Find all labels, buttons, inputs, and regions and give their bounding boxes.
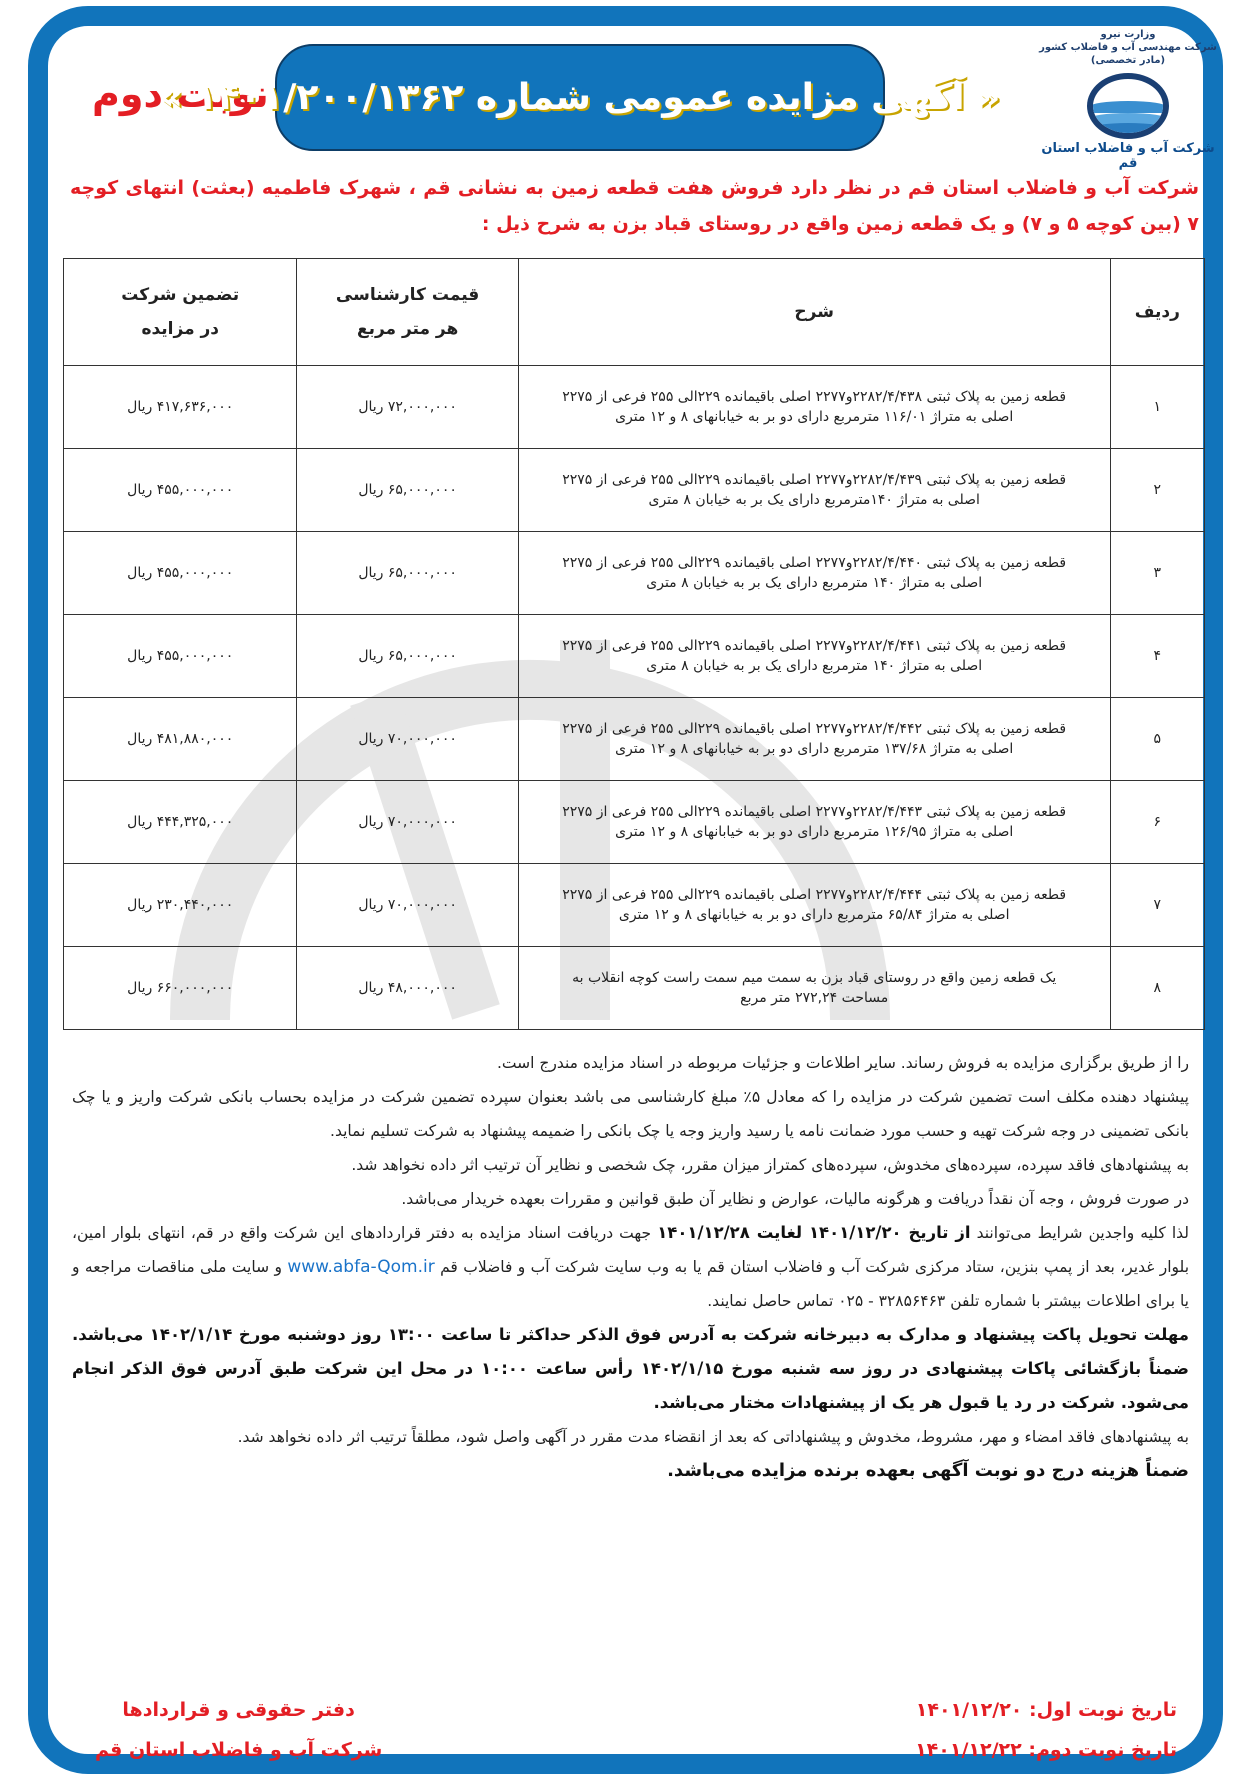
header-row-number: ردیف <box>1110 259 1204 366</box>
row-guarantee: ۴۵۵,۰۰۰,۰۰۰ ریال <box>64 449 297 532</box>
row-description: قطعه زمین به پلاک ثبتی ۲۲۸۲/۴/۴۴۴و۲۲۷۷ ا… <box>518 864 1110 947</box>
row-price: ۷۲,۰۰۰,۰۰۰ ریال <box>297 366 518 449</box>
logo-company-name: شرکت آب و فاضلاب استان قم <box>1038 141 1218 171</box>
first-round-date: تاریخ نوبت اول: ۱۴۰۱/۱۲/۲۰ <box>915 1690 1177 1730</box>
paragraph-ad-cost: ضمناً هزینه درج دو نوبت آگهی بعهده برنده… <box>72 1454 1189 1488</box>
row-description: یک قطعه زمین واقع در روستای قباد بزن به … <box>518 947 1110 1030</box>
second-round-date: تاریخ نوبت دوم: ۱۴۰۱/۱۲/۲۲ <box>915 1730 1177 1770</box>
row-guarantee: ۴۵۵,۰۰۰,۰۰۰ ریال <box>64 532 297 615</box>
row-description: قطعه زمین به پلاک ثبتی ۲۲۸۲/۴/۴۴۱و۲۲۷۷ ا… <box>518 615 1110 698</box>
table-row: ۷قطعه زمین به پلاک ثبتی ۲۲۸۲/۴/۴۴۴و۲۲۷۷ … <box>64 864 1205 947</box>
table-row: ۳قطعه زمین به پلاک ثبتی ۲۲۸۲/۴/۴۴۰و۲۲۷۷ … <box>64 532 1205 615</box>
row-description: قطعه زمین به پلاک ثبتی ۲۲۸۲/۴/۴۴۳و۲۲۷۷ ا… <box>518 781 1110 864</box>
table-row: ۲قطعه زمین به پلاک ثبتی ۲۲۸۲/۴/۴۳۹و۲۲۷۷ … <box>64 449 1205 532</box>
intro-text: شرکت آب و فاضلاب استان قم در نظر دارد فر… <box>70 170 1199 242</box>
row-guarantee: ۴۴۴,۳۲۵,۰۰۰ ریال <box>64 781 297 864</box>
table-row: ۵قطعه زمین به پلاک ثبتی ۲۲۸۲/۴/۴۴۲و۲۲۷۷ … <box>64 698 1205 781</box>
row-number: ۲ <box>1110 449 1204 532</box>
row-number: ۵ <box>1110 698 1204 781</box>
row-description: قطعه زمین به پلاک ثبتی ۲۲۸۲/۴/۴۴۰و۲۲۷۷ ا… <box>518 532 1110 615</box>
doc-collection-pre: لذا کلیه واجدین شرایط می‌توانند <box>971 1224 1190 1242</box>
row-description: قطعه زمین به پلاک ثبتی ۲۲۸۲/۴/۴۳۸و۲۲۷۷ ا… <box>518 366 1110 449</box>
row-price: ۶۵,۰۰۰,۰۰۰ ریال <box>297 449 518 532</box>
ministry-line-2: شرکت مهندسی آب و فاضلاب کشور <box>1038 41 1218 54</box>
doc-collection-dates: از تاریخ ۱۴۰۱/۱۲/۲۰ لغایت ۱۴۰۱/۱۲/۲۸ <box>657 1223 970 1242</box>
header-guarantee: تضمین شرکت در مزایده <box>64 259 297 366</box>
issuer-signature: دفتر حقوقی و قراردادها شرکت آب و فاضلاب … <box>95 1690 382 1770</box>
paragraph-deadline: مهلت تحویل پاکت پیشنهاد و مدارک به دبیرخ… <box>72 1318 1189 1420</box>
company-logo: وزارت نیرو شرکت مهندسی آب و فاضلاب کشور … <box>1038 28 1218 171</box>
paragraph-sale-info: را از طریق برگزاری مزایده به فروش رساند.… <box>72 1046 1189 1080</box>
water-logo-icon <box>1087 73 1169 139</box>
header-description: شرح <box>518 259 1110 366</box>
header-guarantee-line-2: در مزایده <box>65 312 295 346</box>
paragraph-invalid-deposits: به پیشنهادهای فاقد سپرده، سپرده‌های مخدو… <box>72 1148 1189 1182</box>
row-number: ۴ <box>1110 615 1204 698</box>
paragraph-payment-terms: در صورت فروش ، وجه آن نقداً دریافت و هرگ… <box>72 1182 1189 1216</box>
header-guarantee-line-1: تضمین شرکت <box>65 278 295 312</box>
row-number: ۷ <box>1110 864 1204 947</box>
row-number: ۸ <box>1110 947 1204 1030</box>
row-guarantee: ۴۱۷,۶۳۶,۰۰۰ ریال <box>64 366 297 449</box>
row-guarantee: ۴۸۱,۸۸۰,۰۰۰ ریال <box>64 698 297 781</box>
paragraph-deposit: پیشنهاد دهنده مکلف است تضمین شرکت در مزا… <box>72 1080 1189 1148</box>
row-guarantee: ۴۵۵,۰۰۰,۰۰۰ ریال <box>64 615 297 698</box>
row-guarantee: ۶۶۰,۰۰۰,۰۰۰ ریال <box>64 947 297 1030</box>
page-title: « آگهی مزایده عمومی شماره ۱۴۰۱/۲۰۰/۱۳۶۲ … <box>160 77 1001 118</box>
conditions-text: را از طریق برگزاری مزایده به فروش رساند.… <box>72 1046 1189 1488</box>
website-link[interactable]: www.abfa-Qom.ir <box>287 1257 434 1277</box>
header-price-line-1: قیمت کارشناسی <box>298 278 516 312</box>
paragraph-document-collection: لذا کلیه واجدین شرایط می‌توانند از تاریخ… <box>72 1216 1189 1318</box>
header: نوبت دوم « آگهی مزایده عمومی شماره ۱۴۰۱/… <box>0 0 1259 155</box>
header-price-line-2: هر متر مربع <box>298 312 516 346</box>
table-row: ۴قطعه زمین به پلاک ثبتی ۲۲۸۲/۴/۴۴۱و۲۲۷۷ … <box>64 615 1205 698</box>
row-price: ۷۰,۰۰۰,۰۰۰ ریال <box>297 781 518 864</box>
row-price: ۴۸,۰۰۰,۰۰۰ ریال <box>297 947 518 1030</box>
row-number: ۳ <box>1110 532 1204 615</box>
publication-dates: تاریخ نوبت اول: ۱۴۰۱/۱۲/۲۰ تاریخ نوبت دو… <box>915 1690 1177 1770</box>
row-price: ۷۰,۰۰۰,۰۰۰ ریال <box>297 698 518 781</box>
row-guarantee: ۲۳۰,۴۴۰,۰۰۰ ریال <box>64 864 297 947</box>
row-price: ۷۰,۰۰۰,۰۰۰ ریال <box>297 864 518 947</box>
paragraph-rejection: به پیشنهادهای فاقد امضاء و مهر، مشروط، م… <box>72 1420 1189 1454</box>
row-number: ۱ <box>1110 366 1204 449</box>
header-price: قیمت کارشناسی هر متر مربع <box>297 259 518 366</box>
row-description: قطعه زمین به پلاک ثبتی ۲۲۸۲/۴/۴۳۹و۲۲۷۷ ا… <box>518 449 1110 532</box>
table-header-row: ردیف شرح قیمت کارشناسی هر متر مربع تضمین… <box>64 259 1205 366</box>
ministry-line-1: وزارت نیرو <box>1038 28 1218 41</box>
auction-items-table: ردیف شرح قیمت کارشناسی هر متر مربع تضمین… <box>63 258 1205 1030</box>
issuer-office: دفتر حقوقی و قراردادها <box>95 1690 382 1730</box>
table-row: ۶قطعه زمین به پلاک ثبتی ۲۲۸۲/۴/۴۴۳و۲۲۷۷ … <box>64 781 1205 864</box>
ministry-line-3: (مادر تخصصی) <box>1038 54 1218 67</box>
row-description: قطعه زمین به پلاک ثبتی ۲۲۸۲/۴/۴۴۲و۲۲۷۷ ا… <box>518 698 1110 781</box>
row-price: ۶۵,۰۰۰,۰۰۰ ریال <box>297 532 518 615</box>
title-banner: « آگهی مزایده عمومی شماره ۱۴۰۱/۲۰۰/۱۳۶۲ … <box>275 44 885 151</box>
table-row: ۸یک قطعه زمین واقع در روستای قباد بزن به… <box>64 947 1205 1030</box>
issuer-company: شرکت آب و فاضلاب استان قم <box>95 1730 382 1770</box>
row-price: ۶۵,۰۰۰,۰۰۰ ریال <box>297 615 518 698</box>
row-number: ۶ <box>1110 781 1204 864</box>
table-row: ۱قطعه زمین به پلاک ثبتی ۲۲۸۲/۴/۴۳۸و۲۲۷۷ … <box>64 366 1205 449</box>
